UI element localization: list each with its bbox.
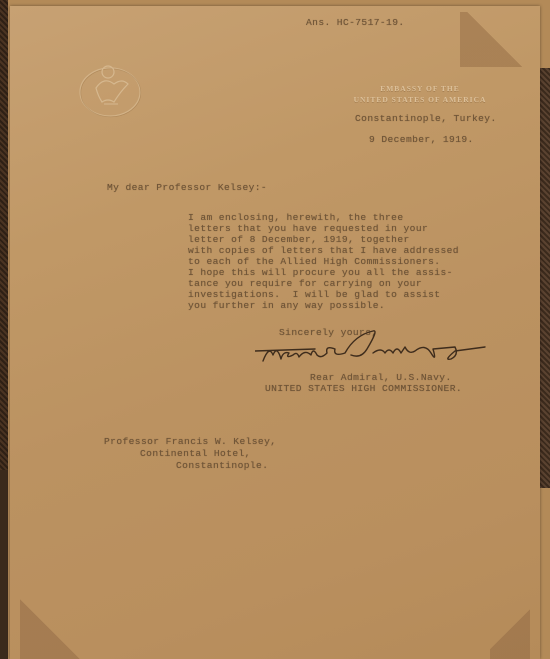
reference-number: Ans. HC-7517-19. xyxy=(306,17,405,29)
handwritten-signature xyxy=(255,325,525,370)
corner-mount-bottom-left xyxy=(20,599,80,659)
addressee-city: Constantinople. xyxy=(176,460,268,472)
letterhead-line-2: UNITED STATES OF AMERICA xyxy=(340,94,500,105)
addressee-name: Professor Francis W. Kelsey, xyxy=(104,436,276,448)
embossed-eagle-seal-icon xyxy=(74,58,146,120)
signer-title: UNITED STATES HIGH COMMISSIONER. xyxy=(265,383,462,395)
corner-mount-bottom-right xyxy=(490,599,530,659)
background-fabric-right xyxy=(540,68,550,488)
letterhead-line-1: EMBASSY OF THE xyxy=(340,83,500,94)
body-line-9: you further in any way possible. xyxy=(188,300,385,312)
addressee-hotel: Continental Hotel, xyxy=(140,448,251,460)
corner-fold-top-right xyxy=(460,12,530,67)
date-line: 9 December, 1919. xyxy=(369,134,474,146)
salutation: My dear Professor Kelsey:- xyxy=(107,182,267,194)
place-line: Constantinople, Turkey. xyxy=(355,113,497,125)
